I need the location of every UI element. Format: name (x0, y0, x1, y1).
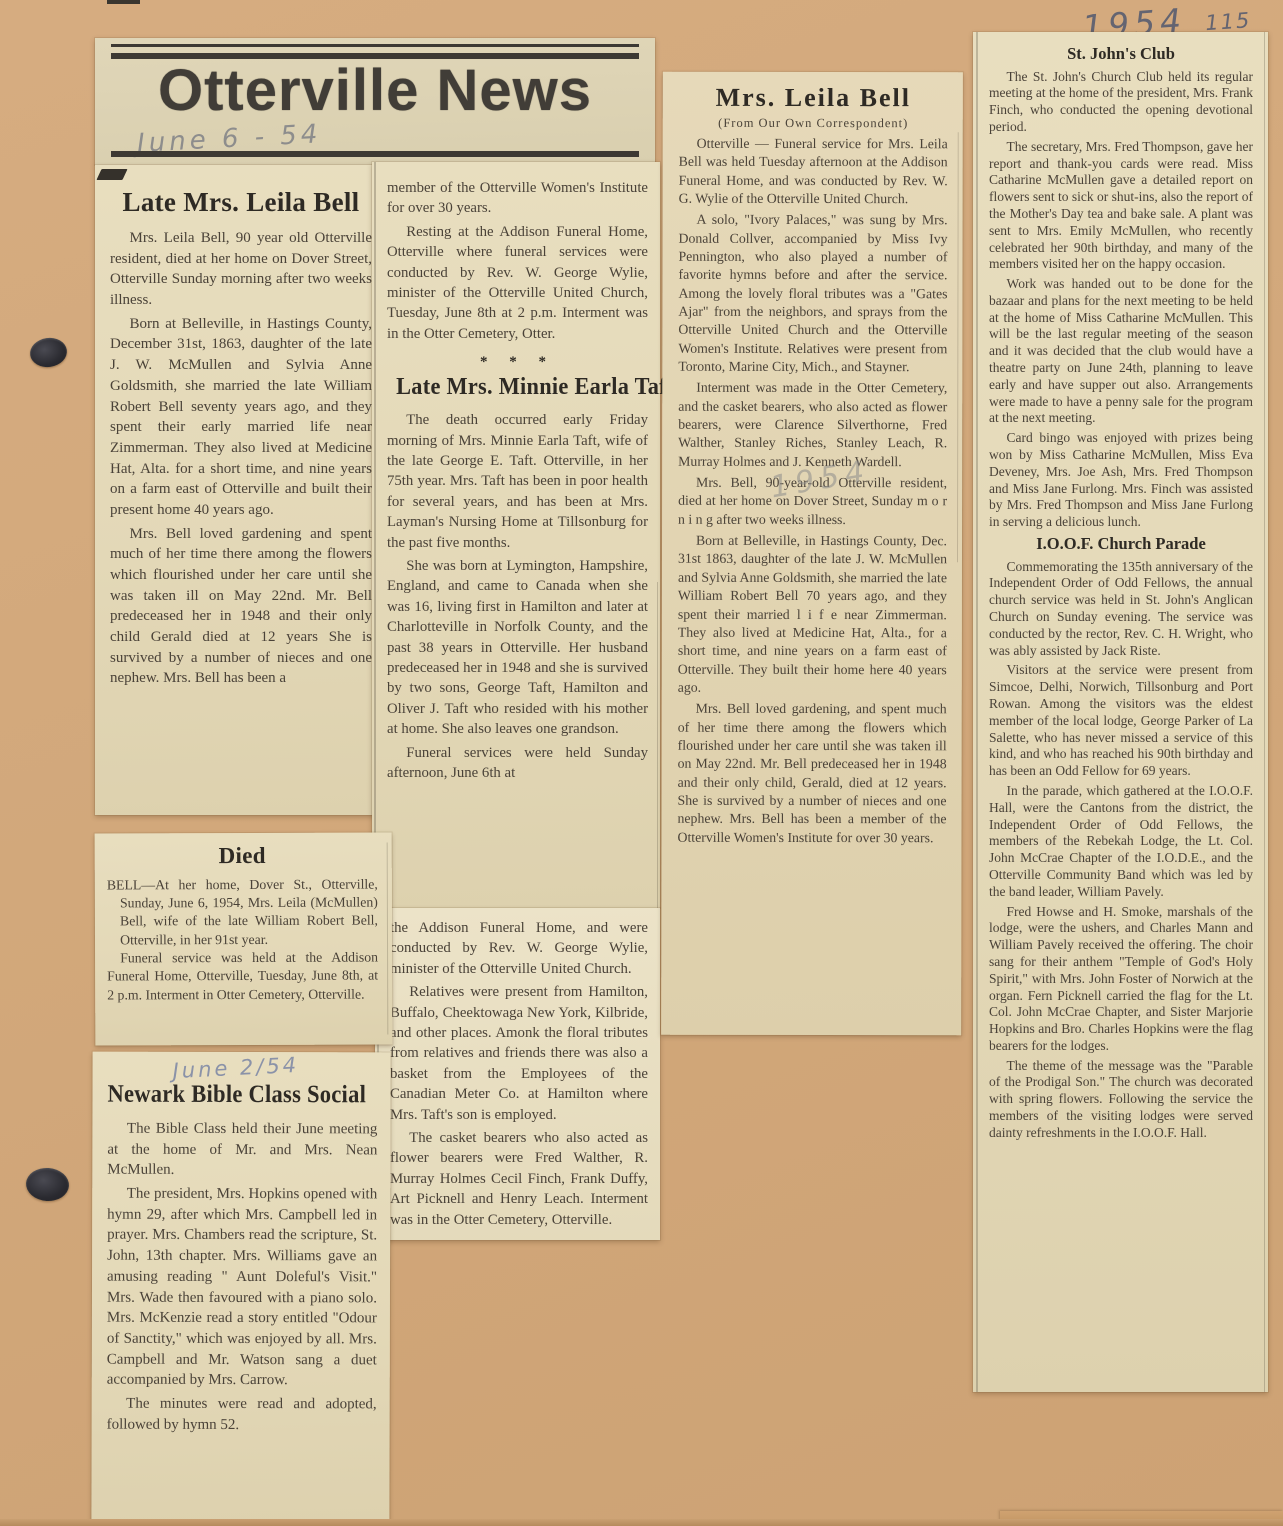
masthead-clipping: Otterville News June 6 - 54 (95, 38, 655, 165)
article-st-johns-club: St. John's Club The St. John's Church Cl… (973, 32, 1268, 1392)
article-paragraph: Mrs. Bell loved gardening, and spent muc… (677, 700, 946, 847)
masthead-rule-thin (111, 44, 639, 47)
article-byline: (From Our Own Correspondent) (679, 115, 948, 132)
column-rule (657, 582, 659, 908)
article-headline: Late Mrs. Minnie Earla Taft (396, 375, 639, 400)
article-paragraph: Mrs. Bell loved gardening and spent much… (110, 524, 372, 690)
article-headline: Newark Bible Class Social (107, 1082, 350, 1108)
article-late-mrs-minnie-earla-taft-lower: the Addison Funeral Home, and were condu… (375, 908, 660, 1240)
article-paragraph: member of the Otterville Women's Institu… (387, 178, 648, 219)
article-mrs-leila-bell-correspondent: Mrs. Leila Bell (From Our Own Correspond… (661, 72, 963, 1036)
masthead-rule-bottom (111, 151, 639, 157)
column-rule (1264, 32, 1266, 1392)
article-paragraph: Otterville — Funeral service for Mrs. Le… (679, 135, 948, 209)
article-paragraph: the Addison Funeral Home, and were condu… (390, 918, 648, 979)
article-paragraph: Fred Howse and H. Smoke, marshals of the… (989, 904, 1253, 1055)
column-rule (386, 842, 388, 1034)
star-separator: * * * (387, 352, 648, 373)
notice-entry: Funeral service was held at the Addison … (107, 948, 378, 1004)
notice-headline: Died (107, 841, 378, 873)
article-paragraph: The theme of the message was the "Parabl… (989, 1058, 1253, 1142)
article-paragraph: The secretary, Mrs. Fred Thompson, gave … (989, 139, 1253, 273)
binder-hole-top (28, 336, 69, 370)
article-paragraph: The casket bearers who also acted as flo… (390, 1128, 648, 1230)
article-paragraph: She was born at Lymington, Hampshire, En… (387, 556, 648, 740)
death-notice-bell: Died BELL—At her home, Dover St., Otterv… (95, 832, 393, 1045)
binder-hole-bottom (25, 1167, 70, 1203)
article-paragraph: Work was handed out to be done for the b… (989, 276, 1253, 427)
article-paragraph: The president, Mrs. Hopkins opened with … (107, 1184, 378, 1392)
article-paragraph: The death occurred early Friday morning … (387, 410, 648, 553)
page-edge-mark (107, 0, 140, 4)
article-newark-bible-class-social: June 2/54 Newark Bible Class Social The … (91, 1052, 390, 1523)
article-paragraph: Card bingo was enjoyed with prizes being… (989, 430, 1253, 531)
article-paragraph: Interment was made in the Otter Cemetery… (678, 379, 947, 471)
article-headline: Late Mrs. Leila Bell (110, 189, 372, 216)
newspaper-title: Otterville News (95, 62, 655, 120)
article-late-mrs-minnie-earla-taft-upper: member of the Otterville Women's Institu… (372, 162, 660, 908)
article-headline: Mrs. Leila Bell (679, 84, 948, 112)
article-paragraph: Born at Belleville, in Hastings County, … (110, 314, 372, 521)
article-paragraph: Mrs. Leila Bell, 90 year old Otterville … (110, 228, 372, 311)
ink-blot (96, 169, 127, 180)
article-paragraph: The Bible Class held their June meeting … (107, 1119, 377, 1182)
article-paragraph: A solo, "Ivory Palaces," was sung by Mrs… (678, 211, 947, 377)
article-late-mrs-leila-bell: Late Mrs. Leila Bell Mrs. Leila Bell, 90… (95, 165, 385, 815)
article-paragraph: The St. John's Church Club held its regu… (989, 69, 1253, 136)
article-headline: I.O.O.F. Church Parade (989, 534, 1253, 555)
article-paragraph: The minutes were read and adopted, follo… (107, 1394, 377, 1436)
article-paragraph: Born at Belleville, in Hastings County, … (678, 532, 947, 698)
article-paragraph: Visitors at the service were present fro… (989, 662, 1253, 780)
article-paragraph: Relatives were present from Hamilton, Bu… (390, 982, 648, 1125)
column-rule (956, 132, 958, 562)
article-paragraph: Commemorating the 135th anniversary of t… (989, 559, 1253, 660)
column-rule (374, 162, 376, 908)
notice-entry: BELL—At her home, Dover St., Otterville,… (107, 875, 378, 949)
article-paragraph: Funeral services were held Sunday aftern… (387, 743, 648, 784)
article-paragraph: Resting at the Addison Funeral Home, Ott… (387, 222, 648, 344)
article-paragraph: In the parade, which gathered at the I.O… (989, 783, 1253, 901)
page-bottom-edge (0, 1519, 1283, 1526)
column-rule (976, 32, 978, 1392)
article-headline: St. John's Club (989, 44, 1253, 65)
scrapbook-page: 1954 115 Otterville News June 6 - 54 Lat… (0, 0, 1283, 1526)
